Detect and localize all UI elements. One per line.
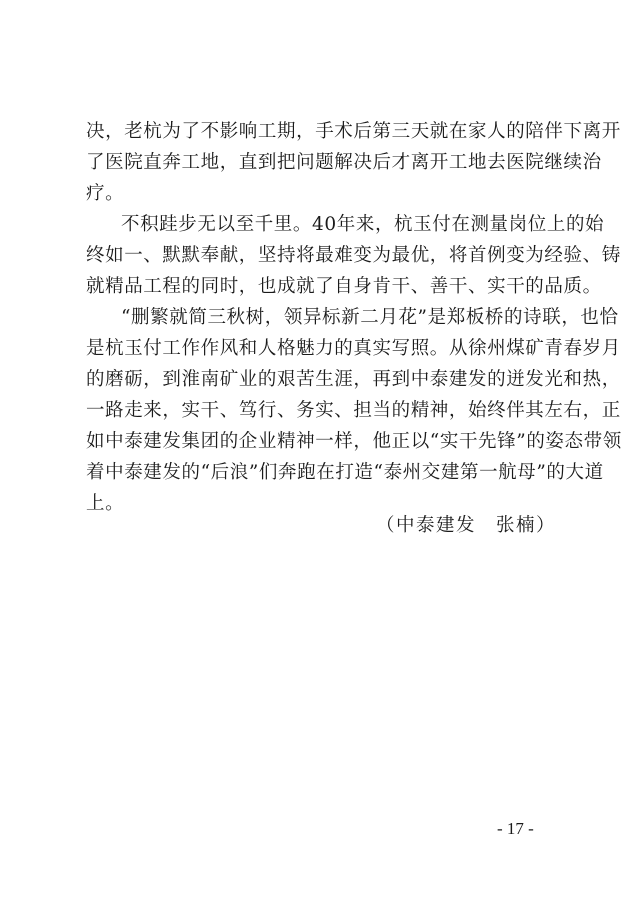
text-line: 不积跬步无以至千里。40年来，杭玉付在测量岗位上的始 (121, 210, 556, 240)
text-line: 是杭玉付工作作风和人格魅力的真实写照。从徐州煤矿青春岁月 (86, 334, 556, 364)
text-line: 的磨砺，到淮南矿业的艰苦生涯，再到中泰建发的迸发光和热， (86, 365, 556, 395)
text-line: 决，老杭为了不影响工期，手术后第三天就在家人的陪伴下离开 (86, 117, 556, 147)
page-number: - 17 - (497, 817, 534, 841)
text-line: 就精品工程的同时，也成就了自身肯干、善干、实干的品质。 (86, 272, 556, 302)
text-line: 上。 (86, 489, 124, 519)
text-line: 了医院直奔工地，直到把问题解决后才离开工地去医院继续治 (86, 148, 556, 178)
text-line: “删繁就简三秋树，领异标新二月花”是郑板桥的诗联，也恰 (121, 303, 556, 333)
text-line: 终如一、默默奉献，坚持将最难变为最优，将首例变为经验、铸 (86, 241, 556, 271)
text-line: 如中泰建发集团的企业精神一样，他正以“实干先锋”的姿态带领 (86, 427, 556, 457)
document-page: 决，老杭为了不影响工期，手术后第三天就在家人的陪伴下离开 了医院直奔工地，直到把… (0, 0, 636, 900)
text-line: 疗。 (86, 179, 124, 209)
author-signature: （中泰建发 张楠） (376, 511, 556, 541)
text-line: 着中泰建发的“后浪”们奔跑在打造“泰州交建第一航母”的大道 (86, 458, 556, 488)
text-line: 一路走来，实干、笃行、务实、担当的精神，始终伴其左右，正 (86, 396, 556, 426)
